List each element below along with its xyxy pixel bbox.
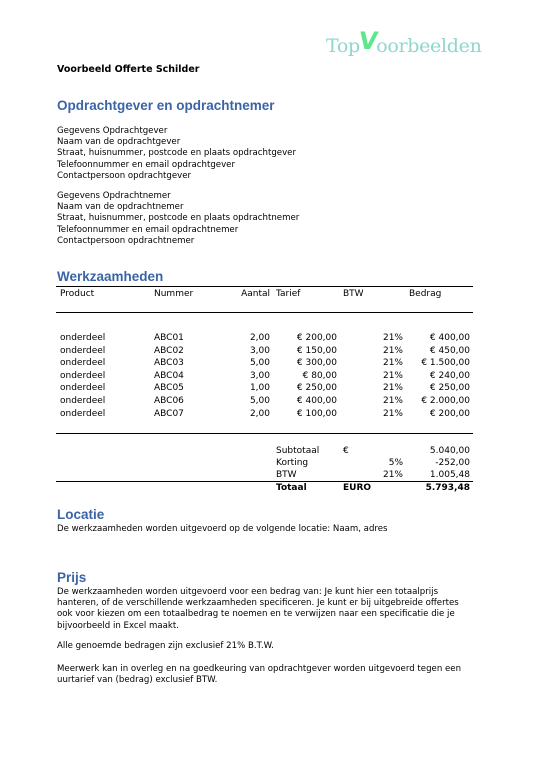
column-header-amount: Bedrag: [409, 288, 469, 300]
contractor-details: Gegevens Opdrachtnemer Naam van de opdra…: [57, 191, 299, 247]
cell-vat: 21%: [360, 408, 403, 420]
column-header-product: Product: [60, 288, 150, 300]
cell-product: onderdeel: [60, 357, 150, 369]
cell-rate: € 300,00: [276, 357, 337, 369]
cell-rate: € 80,00: [276, 370, 337, 382]
price-line: hanteren, of de verschillende werkzaamhe…: [57, 598, 459, 609]
cell-number: ABC07: [154, 408, 224, 420]
cell-product: onderdeel: [60, 345, 150, 357]
cell-product: onderdeel: [60, 370, 150, 382]
table-bottom-rule: [56, 433, 473, 434]
cell-quantity: 2,00: [220, 408, 270, 420]
cell-quantity: 5,00: [220, 357, 270, 369]
cell-quantity: 5,00: [220, 395, 270, 407]
contractor-line: Straat, huisnummer, postcode en plaats o…: [57, 213, 299, 224]
extra-work-line: Meerwerk kan in overleg en na goedkeurin…: [57, 664, 461, 675]
discount-label: Korting: [276, 457, 308, 469]
total-value: 5.793,48: [380, 482, 470, 494]
cell-amount: € 200,00: [400, 408, 470, 420]
column-header-vat: BTW: [343, 288, 403, 300]
discount-value: -252,00: [380, 457, 470, 469]
extra-work-line: uurtarief van (bedrag) exclusief BTW.: [57, 675, 461, 686]
cell-number: ABC04: [154, 370, 224, 382]
vat-note: Alle genoemde bedragen zijn exclusief 21…: [57, 641, 477, 652]
topvoorbeelden-logo: TopVoorbeelden: [326, 30, 482, 58]
cell-quantity: 1,00: [220, 382, 270, 394]
cell-rate: € 250,00: [276, 382, 337, 394]
price-line: De werkzaamheden worden uitgevoerd voor …: [57, 587, 459, 598]
column-header-number: Nummer: [154, 288, 224, 300]
heading-work: Werkzaamheden: [57, 269, 163, 284]
cell-product: onderdeel: [60, 382, 150, 394]
cell-number: ABC02: [154, 345, 224, 357]
vat-value: 1.005,48: [380, 469, 470, 481]
heading-location: Locatie: [57, 507, 104, 522]
cell-amount: € 1.500,00: [400, 357, 470, 369]
cell-product: onderdeel: [60, 395, 150, 407]
table-header-rule: [56, 312, 473, 313]
client-line: Gegevens Opdrachtgever: [57, 126, 296, 137]
total-label: Totaal: [276, 482, 307, 494]
subtotal-value: 5.040,00: [380, 445, 470, 457]
cell-vat: 21%: [360, 370, 403, 382]
price-line: ook voor kiezen om een totaalbedrag te n…: [57, 609, 459, 620]
column-header-rate: Tarief: [276, 288, 337, 300]
cell-amount: € 240,00: [400, 370, 470, 382]
client-details: Gegevens Opdrachtgever Naam van de opdra…: [57, 126, 296, 182]
contractor-line: Gegevens Opdrachtnemer: [57, 191, 299, 202]
cell-vat: 21%: [360, 332, 403, 344]
cell-amount: € 250,00: [400, 382, 470, 394]
cell-rate: € 200,00: [276, 332, 337, 344]
column-header-quantity: Aantal: [220, 288, 270, 300]
client-line: Contactpersoon opdrachtgever: [57, 171, 296, 182]
subtotal-unit: €: [343, 445, 349, 457]
contractor-line: Naam van de opdrachtnemer: [57, 202, 299, 213]
cell-number: ABC05: [154, 382, 224, 394]
vat-label: BTW: [276, 469, 297, 481]
document-title: Voorbeeld Offerte Schilder: [57, 64, 200, 75]
cell-quantity: 2,00: [220, 332, 270, 344]
logo-text-top: Top: [326, 35, 360, 57]
cell-rate: € 100,00: [276, 408, 337, 420]
location-text: De werkzaamheden worden uitgevoerd op de…: [57, 524, 477, 535]
subtotal-label: Subtotaal: [276, 445, 319, 457]
cell-rate: € 150,00: [276, 345, 337, 357]
client-line: Straat, huisnummer, postcode en plaats o…: [57, 148, 296, 159]
cell-rate: € 400,00: [276, 395, 337, 407]
cell-number: ABC06: [154, 395, 224, 407]
cell-number: ABC03: [154, 357, 224, 369]
price-text: De werkzaamheden worden uitgevoerd voor …: [57, 587, 459, 632]
cell-quantity: 3,00: [220, 370, 270, 382]
cell-vat: 21%: [360, 345, 403, 357]
cell-product: onderdeel: [60, 332, 150, 344]
heading-parties: Opdrachtgever en opdrachtnemer: [57, 98, 275, 113]
checkmark-icon: V: [357, 27, 379, 55]
cell-vat: 21%: [360, 382, 403, 394]
contractor-line: Telefoonnummer en email opdrachtnemer: [57, 225, 299, 236]
cell-vat: 21%: [360, 395, 403, 407]
extra-work-text: Meerwerk kan in overleg en na goedkeurin…: [57, 664, 461, 686]
client-line: Naam van de opdrachtgever: [57, 137, 296, 148]
cell-product: onderdeel: [60, 408, 150, 420]
client-line: Telefoonnummer en email opdrachtgever: [57, 160, 296, 171]
logo-text-voorbeelden: oorbeelden: [376, 35, 481, 57]
table-top-rule: [56, 286, 473, 287]
cell-amount: € 400,00: [400, 332, 470, 344]
cell-number: ABC01: [154, 332, 224, 344]
price-line: bijvoorbeeld in Excel maakt.: [57, 621, 459, 632]
total-unit: EURO: [343, 482, 371, 494]
heading-price: Prijs: [57, 570, 86, 585]
document-page: TopVoorbeelden Voorbeeld Offerte Schilde…: [0, 0, 535, 760]
cell-vat: 21%: [360, 357, 403, 369]
contractor-line: Contactpersoon opdrachtnemer: [57, 236, 299, 247]
cell-amount: € 2.000,00: [400, 395, 470, 407]
cell-quantity: 3,00: [220, 345, 270, 357]
cell-amount: € 450,00: [400, 345, 470, 357]
